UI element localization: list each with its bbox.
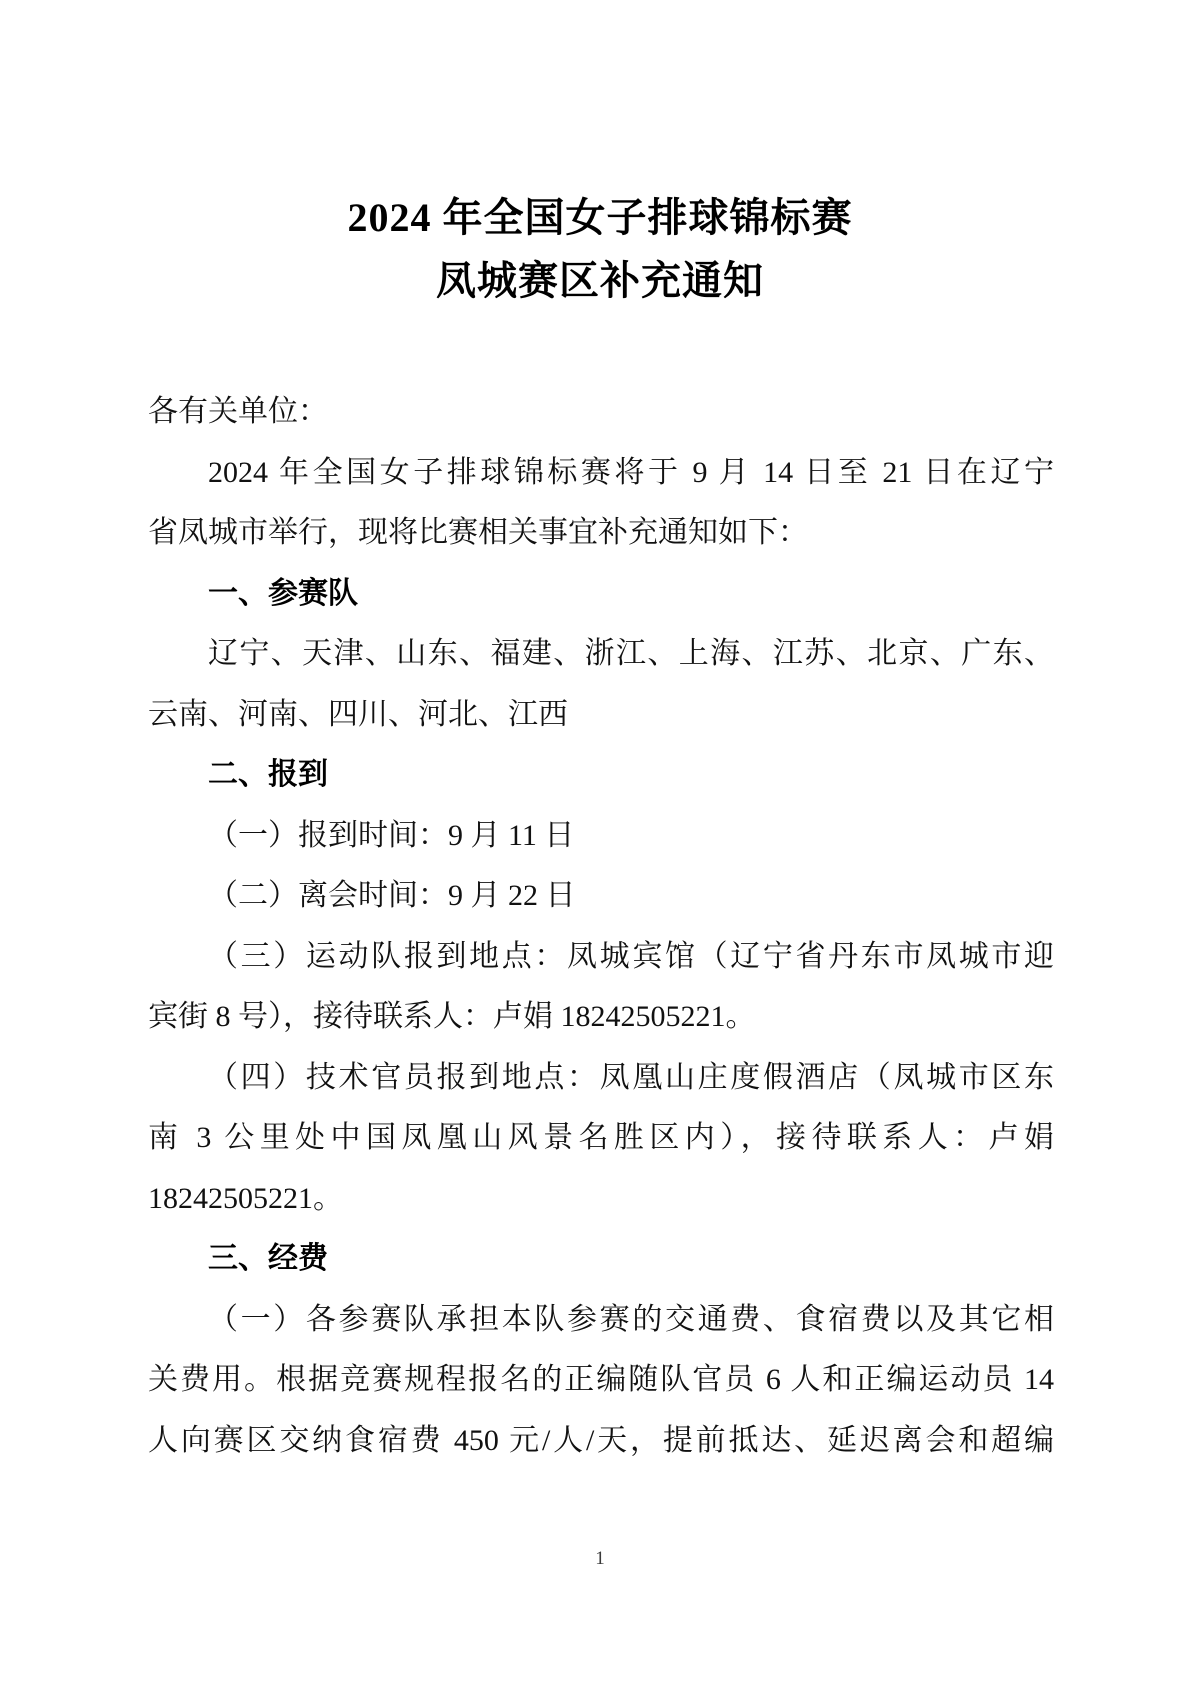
document-line: 18242505221。 xyxy=(148,1169,1054,1230)
document-line: 人向赛区交纳食宿费 450 元/人/天，提前抵达、延迟离会和超编 xyxy=(148,1411,1054,1472)
page-number: 1 xyxy=(595,1548,605,1569)
document-page: 2024 年全国女子排球锦标赛 凤城赛区补充通知 各有关单位：2024 年全国女… xyxy=(0,0,1200,1697)
document-line: （二）离会时间：9 月 22 日 xyxy=(148,866,1054,927)
section-heading-block: 一、参赛队 xyxy=(148,564,1054,625)
paragraph-block: （二）离会时间：9 月 22 日 xyxy=(148,866,1054,927)
section-heading: 三、经费 xyxy=(148,1229,1054,1290)
paragraph-block: （一）各参赛队承担本队参赛的交通费、食宿费以及其它相关费用。根据竞赛规程报名的正… xyxy=(148,1290,1054,1472)
title-line-1: 2024 年全国女子排球锦标赛 xyxy=(0,186,1200,249)
section-heading-block: 二、报到 xyxy=(148,745,1054,806)
paragraph-block: 各有关单位： xyxy=(148,382,1054,443)
page-footer: 1 xyxy=(0,1548,1200,1570)
paragraph-block: 辽宁、天津、山东、福建、浙江、上海、江苏、北京、广东、云南、河南、四川、河北、江… xyxy=(148,624,1054,745)
paragraph-block: 2024 年全国女子排球锦标赛将于 9 月 14 日至 21 日在辽宁省凤城市举… xyxy=(148,443,1054,564)
paragraph-block: （四）技术官员报到地点：凤凰山庄度假酒店（凤城市区东南 3 公里处中国凤凰山风景… xyxy=(148,1048,1054,1230)
document-line: 2024 年全国女子排球锦标赛将于 9 月 14 日至 21 日在辽宁 xyxy=(148,443,1054,504)
document-line: 辽宁、天津、山东、福建、浙江、上海、江苏、北京、广东、 xyxy=(148,624,1054,685)
section-heading: 二、报到 xyxy=(148,745,1054,806)
document-line: 各有关单位： xyxy=(148,382,1054,443)
document-line: （一）各参赛队承担本队参赛的交通费、食宿费以及其它相 xyxy=(148,1290,1054,1351)
document-body: 各有关单位：2024 年全国女子排球锦标赛将于 9 月 14 日至 21 日在辽… xyxy=(148,382,1054,1471)
document-line: 宾街 8 号），接待联系人：卢娟 18242505221。 xyxy=(148,987,1054,1048)
document-title: 2024 年全国女子排球锦标赛 凤城赛区补充通知 xyxy=(0,0,1200,312)
document-line: （三）运动队报到地点：凤城宾馆（辽宁省丹东市凤城市迎 xyxy=(148,927,1054,988)
paragraph-block: （一）报到时间：9 月 11 日 xyxy=(148,806,1054,867)
document-line: （四）技术官员报到地点：凤凰山庄度假酒店（凤城市区东 xyxy=(148,1048,1054,1109)
paragraph-block: （三）运动队报到地点：凤城宾馆（辽宁省丹东市凤城市迎宾街 8 号），接待联系人：… xyxy=(148,927,1054,1048)
section-heading-block: 三、经费 xyxy=(148,1229,1054,1290)
document-line: 云南、河南、四川、河北、江西 xyxy=(148,685,1054,746)
title-line-2: 凤城赛区补充通知 xyxy=(0,249,1200,312)
document-line: （一）报到时间：9 月 11 日 xyxy=(148,806,1054,867)
section-heading: 一、参赛队 xyxy=(148,564,1054,625)
document-line: 南 3 公里处中国凤凰山风景名胜区内），接待联系人：卢娟 xyxy=(148,1108,1054,1169)
document-line: 关费用。根据竞赛规程报名的正编随队官员 6 人和正编运动员 14 xyxy=(148,1350,1054,1411)
document-line: 省凤城市举行，现将比赛相关事宜补充通知如下： xyxy=(148,503,1054,564)
